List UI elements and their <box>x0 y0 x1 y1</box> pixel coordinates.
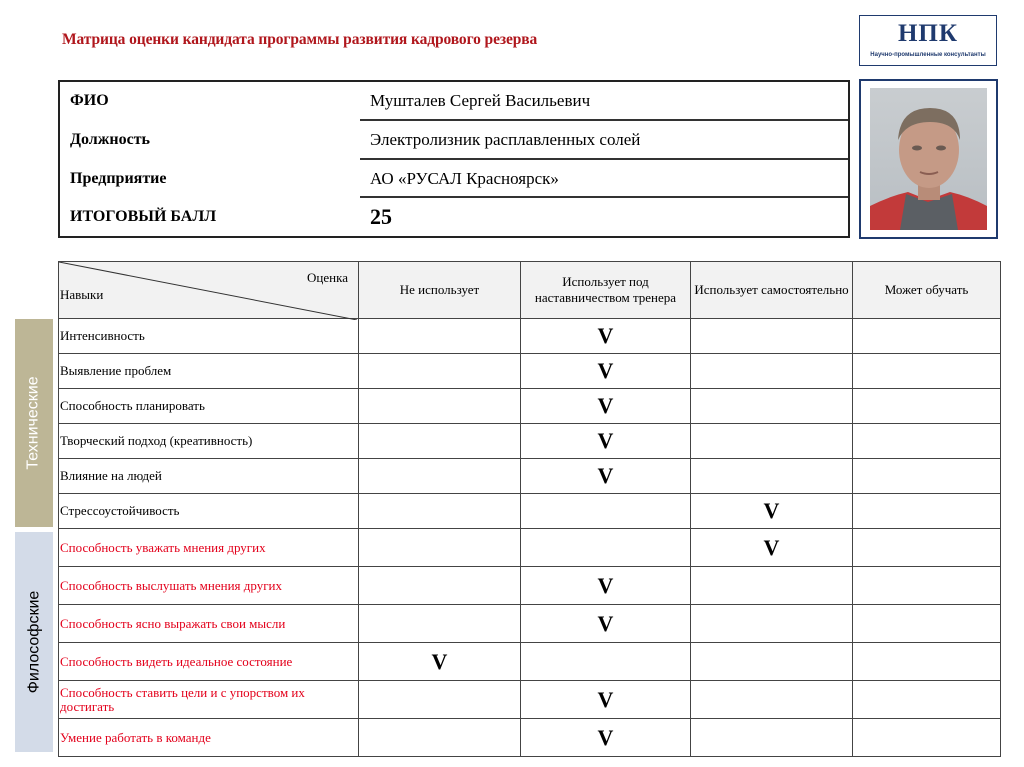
info-row-name: ФИО Мушталев Сергей Васильевич <box>60 82 848 121</box>
company-logo: НПК Научно-промышленные консультанты <box>859 15 997 66</box>
skills-matrix: Оценка Навыки Не использует Использует п… <box>58 261 1001 757</box>
total-score: 25 <box>370 204 392 230</box>
table-row: Способность ясно выражать свои мыслиV <box>59 605 1001 643</box>
rating-mark[interactable]: V <box>521 424 691 459</box>
photo-frame <box>859 79 998 239</box>
rating-cell[interactable] <box>691 389 853 424</box>
column-header: Использует под наставничеством тренера <box>521 262 691 319</box>
info-row-total-score: ИТОГОВЫЙ БАЛЛ 25 <box>60 198 848 237</box>
skill-name: Способность ставить цели и с упорством и… <box>59 681 359 719</box>
table-row: ИнтенсивностьV <box>59 319 1001 354</box>
group-label: Технические <box>25 376 43 469</box>
rating-mark[interactable]: V <box>521 354 691 389</box>
info-row-company: Предприятие АО «РУСАЛ Красноярск» <box>60 160 848 199</box>
skill-name: Влияние на людей <box>59 459 359 494</box>
table-row: Способность уважать мнения другихV <box>59 529 1001 567</box>
table-row: Выявление проблемV <box>59 354 1001 389</box>
rating-cell[interactable] <box>359 424 521 459</box>
rating-mark[interactable]: V <box>359 643 521 681</box>
table-row: Способность видеть идеальное состояниеV <box>59 643 1001 681</box>
rating-mark[interactable]: V <box>521 389 691 424</box>
table-row: Умение работать в командеV <box>59 719 1001 757</box>
rating-cell[interactable] <box>359 389 521 424</box>
table-row: Творческий подход (креативность)V <box>59 424 1001 459</box>
info-value: Мушталев Сергей Васильевич <box>370 91 590 111</box>
rating-cell[interactable] <box>359 529 521 567</box>
rating-cell[interactable] <box>853 354 1001 389</box>
info-label: Предприятие <box>70 170 167 188</box>
rating-cell[interactable] <box>853 719 1001 757</box>
corner-top-label: Оценка <box>307 270 348 286</box>
rating-cell[interactable] <box>853 319 1001 354</box>
rating-mark[interactable]: V <box>691 494 853 529</box>
column-header: Использует самостоятельно <box>691 262 853 319</box>
logo-subtitle: Научно-промышленные консультанты <box>860 51 996 59</box>
corner-cell: Оценка Навыки <box>59 262 359 319</box>
logo-abbreviation: НПК <box>860 20 996 48</box>
rating-mark[interactable]: V <box>521 605 691 643</box>
rating-cell[interactable] <box>691 605 853 643</box>
column-header: Может обучать <box>853 262 1001 319</box>
skill-name: Способность уважать мнения других <box>59 529 359 567</box>
rating-cell[interactable] <box>359 319 521 354</box>
rating-cell[interactable] <box>853 529 1001 567</box>
rating-cell[interactable] <box>853 605 1001 643</box>
info-value: Электролизник расплавленных солей <box>370 130 640 150</box>
rating-cell[interactable] <box>853 567 1001 605</box>
info-label: Должность <box>70 131 150 149</box>
rating-cell[interactable] <box>853 424 1001 459</box>
rating-cell[interactable] <box>359 605 521 643</box>
candidate-info-table: ФИО Мушталев Сергей Васильевич Должность… <box>58 80 850 238</box>
column-header: Не использует <box>359 262 521 319</box>
rating-cell[interactable] <box>691 719 853 757</box>
info-label: ФИО <box>70 92 109 110</box>
rating-cell[interactable] <box>359 354 521 389</box>
rating-cell[interactable] <box>691 567 853 605</box>
info-value: АО «РУСАЛ Красноярск» <box>370 169 559 189</box>
candidate-photo-icon <box>870 88 987 230</box>
rating-cell[interactable] <box>691 424 853 459</box>
rating-cell[interactable] <box>521 529 691 567</box>
rating-mark[interactable]: V <box>521 567 691 605</box>
info-label: ИТОГОВЫЙ БАЛЛ <box>70 208 216 226</box>
skill-name: Стрессоустойчивость <box>59 494 359 529</box>
table-row: СтрессоустойчивостьV <box>59 494 1001 529</box>
table-row: Способность выслушать мнения другихV <box>59 567 1001 605</box>
rating-cell[interactable] <box>691 681 853 719</box>
table-row: Влияние на людейV <box>59 459 1001 494</box>
rating-mark[interactable]: V <box>521 459 691 494</box>
skill-name: Творческий подход (креативность) <box>59 424 359 459</box>
rating-cell[interactable] <box>359 567 521 605</box>
rating-cell[interactable] <box>359 719 521 757</box>
group-philosophical: Философские <box>15 532 53 752</box>
rating-cell[interactable] <box>853 681 1001 719</box>
page-title: Матрица оценки кандидата программы разви… <box>62 31 537 49</box>
rating-cell[interactable] <box>691 354 853 389</box>
skill-name: Способность выслушать мнения других <box>59 567 359 605</box>
matrix-header-row: Оценка Навыки Не использует Использует п… <box>59 262 1001 319</box>
rating-cell[interactable] <box>359 494 521 529</box>
group-technical: Технические <box>15 319 53 527</box>
rating-mark[interactable]: V <box>521 719 691 757</box>
skill-name: Способность видеть идеальное состояние <box>59 643 359 681</box>
rating-cell[interactable] <box>359 459 521 494</box>
rating-cell[interactable] <box>359 681 521 719</box>
skill-name: Интенсивность <box>59 319 359 354</box>
skill-name: Способность ясно выражать свои мысли <box>59 605 359 643</box>
rating-mark[interactable]: V <box>521 681 691 719</box>
group-label: Философские <box>25 591 43 694</box>
table-row: Способность планироватьV <box>59 389 1001 424</box>
rating-cell[interactable] <box>853 643 1001 681</box>
skill-name: Способность планировать <box>59 389 359 424</box>
rating-cell[interactable] <box>853 459 1001 494</box>
rating-cell[interactable] <box>853 389 1001 424</box>
rating-cell[interactable] <box>691 459 853 494</box>
rating-cell[interactable] <box>853 494 1001 529</box>
corner-bottom-label: Навыки <box>60 287 103 303</box>
rating-cell[interactable] <box>521 643 691 681</box>
skill-name: Умение работать в команде <box>59 719 359 757</box>
info-row-position: Должность Электролизник расплавленных со… <box>60 121 848 160</box>
rating-cell[interactable] <box>521 494 691 529</box>
rating-cell[interactable] <box>691 319 853 354</box>
skill-name: Выявление проблем <box>59 354 359 389</box>
rating-cell[interactable] <box>691 643 853 681</box>
table-row: Способность ставить цели и с упорством и… <box>59 681 1001 719</box>
rating-mark[interactable]: V <box>521 319 691 354</box>
rating-mark[interactable]: V <box>691 529 853 567</box>
